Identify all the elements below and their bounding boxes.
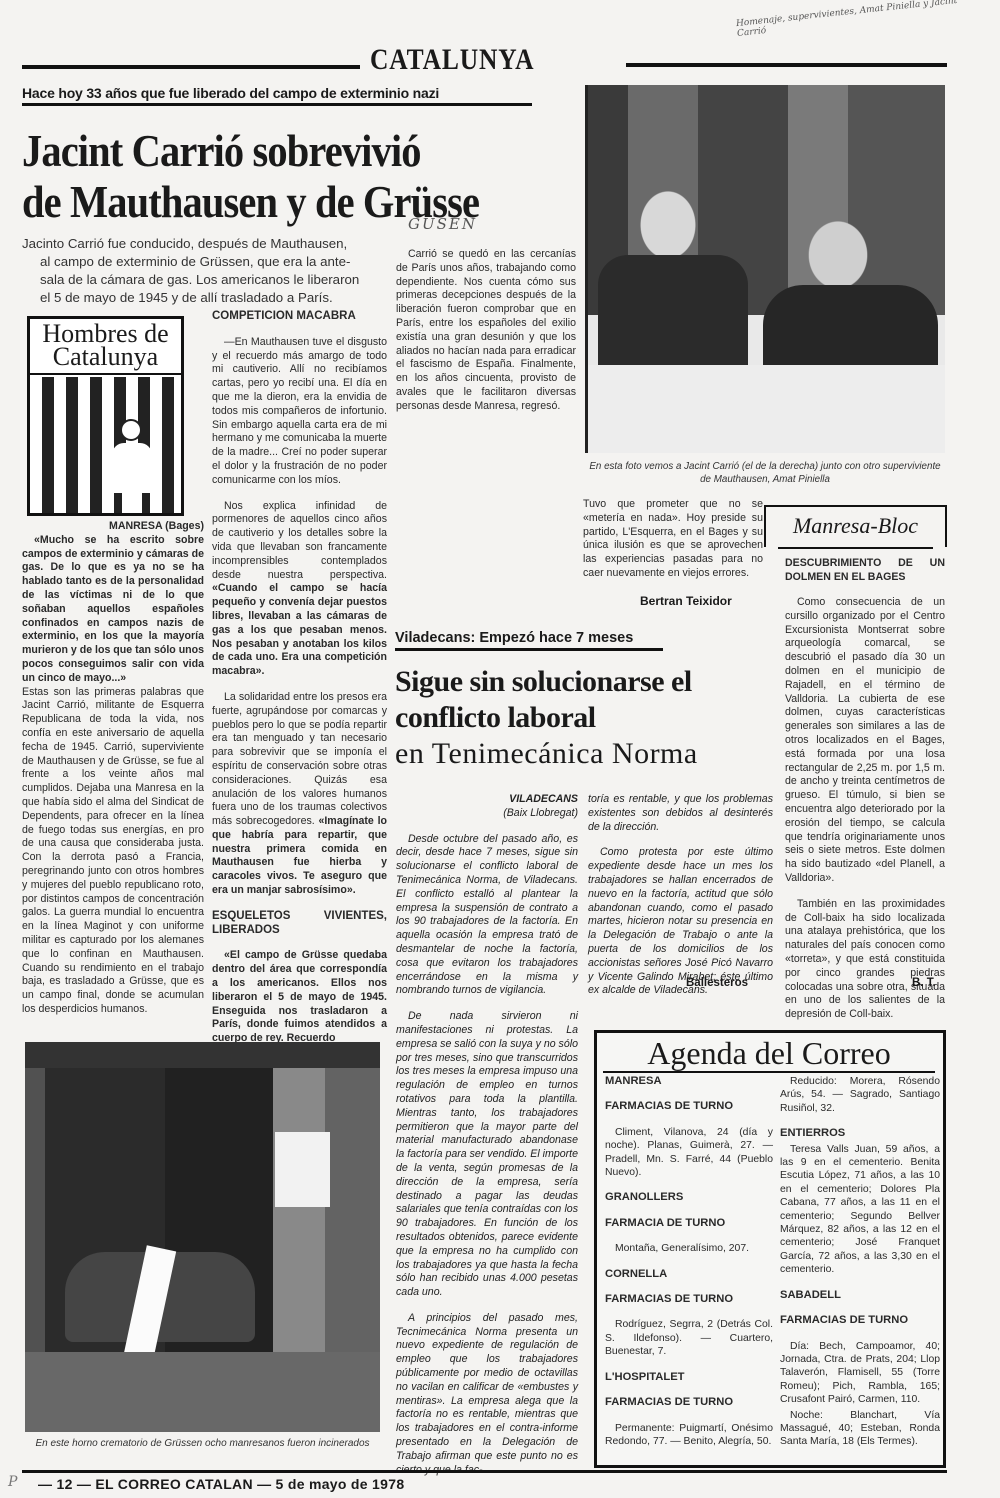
- main-kicker: Hace hoy 33 años que fue liberado del ca…: [22, 85, 532, 106]
- pharmacy-heading: FARMACIAS DE TURNO: [605, 1100, 773, 1113]
- paragraph: Nos explica infinidad de pormenores de a…: [212, 500, 387, 679]
- pharmacy-list: Día: Bech, Campoamor, 40; Jornada, Ctra.…: [780, 1340, 940, 1407]
- paragraph-text: La solidaridad entre los presos era fuer…: [212, 691, 387, 827]
- handwritten-note: Homenaje, supervivientes, Amat Piniella …: [736, 0, 987, 39]
- paragraph: A principios del pasado mes, Tecnimecáni…: [396, 1312, 578, 1478]
- pharmacy-list: Noche: Blanchart, Vía Massagué, 40; Este…: [780, 1409, 940, 1449]
- quote-text: «Imagínate lo que habría para repartir, …: [212, 815, 387, 896]
- paragraph: «Mucho se ha escrito sobre campos de ext…: [22, 534, 204, 686]
- city-heading: SABADELL: [780, 1289, 940, 1302]
- footer-rule: [22, 1470, 947, 1473]
- pharmacy-list: Permanente: Puigmartí, Onésimo Redondo, …: [605, 1422, 773, 1449]
- photo-table: [588, 365, 945, 453]
- photo-ground: [25, 1352, 380, 1432]
- main-article-column-1: MANRESA (Bages) «Mucho se ha escrito sob…: [22, 520, 204, 1029]
- pharmacy-heading: FARMACIAS DE TURNO: [605, 1396, 773, 1409]
- agenda-title: Agenda del Correo: [603, 1035, 935, 1073]
- paragraph: Tuvo que prometer que no se «metería en …: [583, 498, 763, 581]
- funerals-list: Teresa Valls Juan, 59 años, a las 9 en e…: [780, 1143, 940, 1277]
- pharmacy-heading: FARMACIAS DE TURNO: [780, 1314, 940, 1327]
- viladecans-kicker: Viladecans: Empezó hace 7 meses: [395, 630, 663, 651]
- viladecans-headline: Sigue sin solucionarse el conflicto labo…: [395, 664, 775, 772]
- section-rule-right: [626, 63, 947, 67]
- paragraph: También en las proximidades de Coll-baix…: [785, 898, 945, 1022]
- pharmacy-heading: FARMACIA DE TURNO: [605, 1217, 773, 1230]
- dateline-sub: (Baix Llobregat): [396, 807, 578, 821]
- main-lede: Jacinto Carrió fue conducido, después de…: [22, 235, 387, 307]
- headline-line-1: Jacint Carrió sobrevivió: [22, 125, 515, 176]
- paragraph: De nada sirvieron ni manifestaciones ni …: [396, 1010, 578, 1300]
- section-header: CATALUNYA: [22, 43, 947, 73]
- main-byline: Bertran Teixidor: [640, 594, 732, 608]
- lede-line: al campo de exterminio de Grüssen, que e…: [22, 253, 387, 271]
- manresa-bloc-signoff: B. T.: [912, 977, 936, 989]
- person-figure-body: [112, 443, 152, 493]
- main-headline: Jacint Carrió sobrevivió de Mauthausen y…: [22, 125, 515, 227]
- subhead: ESQUELETOS VIVIENTES, LIBERADOS: [212, 910, 387, 938]
- pharmacy-list: Climent, Vilanova, 24 (día y noche). Pla…: [605, 1126, 773, 1180]
- hombres-de-catalunya-logo: Hombres de Catalunya: [27, 316, 184, 516]
- lede-line: Jacinto Carrió fue conducido, después de…: [22, 235, 387, 253]
- main-article-column-2: COMPETICION MACABRA —En Mauthausen tuve …: [212, 310, 387, 1058]
- city-heading: CORNELLA: [605, 1268, 773, 1281]
- survivors-photo-caption: En esta foto vemos a Jacint Carrió (el d…: [585, 460, 945, 486]
- headline-line-1: Sigue sin solucionarse el: [395, 664, 775, 700]
- lede-line: sala de la cámara de gas. Los americanos…: [22, 271, 387, 289]
- flag-stripes-icon: [30, 377, 181, 516]
- city-heading: MANRESA: [605, 1075, 773, 1088]
- headline-line-3: en Tenimecánica Norma: [395, 736, 775, 772]
- agenda-box: Agenda del Correo MANRESA FARMACIAS DE T…: [594, 1030, 946, 1468]
- pharmacy-heading: FARMACIAS DE TURNO: [605, 1293, 773, 1306]
- paragraph: toría es rentable, y que los problemas e…: [588, 793, 773, 834]
- paragraph: —En Mauthausen tuve el disgusto y el rec…: [212, 336, 387, 488]
- section-title: CATALUNYA: [370, 43, 534, 77]
- paragraph: «El campo de Grüsse quedaba dentro del á…: [212, 949, 387, 1046]
- pharmacy-list: Reducido: Morera, Rósendo Arús, 54. — Sa…: [780, 1075, 940, 1115]
- crematorium-photo: [25, 1042, 380, 1432]
- headline-line-2: de Mauthausen y de Grüsse: [22, 176, 515, 227]
- crematorium-photo-caption: En este horno crematorio de Grüssen ocho…: [25, 1437, 380, 1450]
- paragraph-text: Nos explica infinidad de pormenores de a…: [212, 500, 387, 581]
- pen-mark: P: [8, 1474, 17, 1490]
- photo-plaque: [275, 1132, 330, 1207]
- paragraph: La solidaridad entre los presos era fuer…: [212, 691, 387, 898]
- page-footer: — 12 — EL CORREO CATALAN — 5 de mayo de …: [38, 1476, 404, 1492]
- viladecans-column-1: VILADECANS (Baix Llobregat) Desde octubr…: [396, 793, 578, 1489]
- logo-text: Hombres de Catalunya: [30, 319, 181, 375]
- headline-line-2: conflicto laboral: [395, 700, 775, 736]
- photo-roof: [25, 1042, 380, 1068]
- agenda-column-1: MANRESA FARMACIAS DE TURNO Climent, Vila…: [605, 1075, 773, 1460]
- viladecans-byline: Ballesteros: [686, 977, 748, 989]
- person-figure-legs: [122, 491, 142, 516]
- city-heading: GRANOLLERS: [605, 1191, 773, 1204]
- survivors-photo: [585, 85, 945, 453]
- pharmacy-list: Montaña, Generalísimo, 207.: [605, 1242, 773, 1255]
- section-heading: ENTIERROS: [780, 1127, 940, 1140]
- paragraph: Estas son las primeras palabras que Jaci…: [22, 686, 204, 1017]
- main-article-column-3: Carrió se quedó en las cercanías de Parí…: [396, 236, 576, 426]
- paragraph: Como protesta por este último expediente…: [588, 846, 773, 998]
- manresa-bloc-column: DESCUBRIMIENTO DE UN DOLMEN EN EL BAGES …: [785, 557, 945, 1034]
- main-article-column-4: Tuvo que prometer que no se «metería en …: [583, 498, 763, 593]
- manresa-bloc-title: Manresa-Bloc: [764, 505, 947, 547]
- lede-line: el 5 de mayo de 1945 y de allí trasladad…: [22, 289, 387, 307]
- city-heading: L'HOSPITALET: [605, 1371, 773, 1384]
- logo-line-2: Catalunya: [30, 345, 181, 368]
- person-figure-icon: [120, 419, 142, 441]
- paragraph: Carrió se quedó en las cercanías de Parí…: [396, 248, 576, 414]
- pharmacy-list: Rodríguez, Segrra, 2 (Detrás Col. S. Ild…: [605, 1318, 773, 1358]
- section-rule-left: [22, 65, 360, 69]
- quote-text: «Cuando el campo se hacía pequeño y conv…: [212, 582, 387, 677]
- paragraph: Como consecuencia de un cursillo organiz…: [785, 596, 945, 886]
- dateline: MANRESA (Bages): [22, 520, 204, 534]
- photo-person-left: [598, 255, 748, 375]
- agenda-column-2: Reducido: Morera, Rósendo Arús, 54. — Sa…: [780, 1075, 940, 1461]
- subhead: DESCUBRIMIENTO DE UN DOLMEN EN EL BAGES: [785, 557, 945, 584]
- dateline: VILADECANS: [396, 793, 578, 807]
- paragraph: Desde octubre del pasado año, es decir, …: [396, 833, 578, 999]
- subhead: COMPETICION MACABRA: [212, 310, 387, 324]
